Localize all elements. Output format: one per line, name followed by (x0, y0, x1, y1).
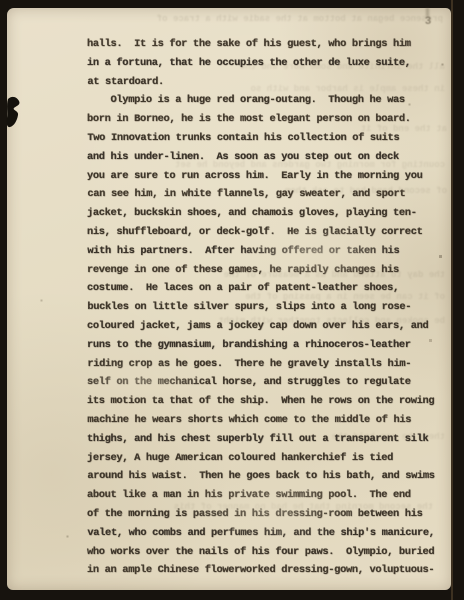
typed-line: in an ample Chinese flowerworked dressin… (87, 564, 447, 583)
typed-line: riding crop as he goes. There he gravely… (87, 358, 447, 377)
typed-line: about like a man in his private swimming… (87, 489, 447, 508)
typed-line: in a fortuna, that he occupies the other… (87, 57, 447, 76)
typed-line: runs to the gymnasium, brandishing a rhi… (87, 339, 447, 358)
typed-line: self on the mechanical horse, and strugg… (87, 376, 447, 395)
typed-line: who works over the nails of his four paw… (87, 546, 447, 565)
typed-line: coloured jacket, jams a jockey cap down … (87, 320, 447, 339)
page-number: 3 (419, 16, 437, 28)
typed-line: of the morning is passed in his dressing… (87, 508, 447, 527)
typed-line: costume. He laces on a pair of patent-le… (87, 282, 447, 301)
ink-blot (5, 95, 23, 133)
typed-page: presence began at bottom at the sadie wi… (7, 8, 451, 590)
typed-line: machine he wears shorts which come to th… (87, 414, 447, 433)
typed-line: thighs, and his chest superbly fill out … (87, 433, 447, 452)
typed-line: buckles on little silver spurs, slips in… (87, 301, 447, 320)
typed-line: halls. It is for the sake of his guest, … (87, 38, 447, 57)
typed-line: at stardoard. (87, 76, 447, 95)
page-stack-edge (451, 0, 453, 600)
photographed-typescript: presence began at bottom at the sadie wi… (0, 0, 464, 600)
ghost-text-line: presence began at bottom at the sadie wi… (93, 14, 443, 24)
typed-line: jacket, buckskin shoes, and chamois glov… (87, 207, 447, 226)
typed-line: Two Innovation trunks contain his collec… (87, 132, 447, 151)
typed-line: its motion ta that of the ship. When he … (87, 395, 447, 414)
typed-line: with his partners. After having offered … (87, 245, 447, 264)
paper-specks (7, 8, 8, 9)
typed-line: can see him, in white flannels, gay swea… (87, 188, 447, 207)
typed-line: nis, shuffleboard, or deck-golf. He is g… (87, 226, 447, 245)
typed-line: born in Borneo, he is the most elegant p… (87, 113, 447, 132)
typewritten-text-block: halls. It is for the sake of his guest, … (87, 38, 447, 583)
typed-line: Olympio is a huge red orang-outang. Thou… (87, 94, 447, 113)
typed-line: you are sure to run across him. Early in… (87, 170, 447, 189)
typed-line: jersey, A huge American coloured hankerc… (87, 452, 447, 471)
typed-line: valet, who combs and perfumes him, and t… (87, 527, 447, 546)
typed-line: around his waist. Then he goes back to h… (87, 470, 447, 489)
typed-line: revenge in one of these games, he rapidl… (87, 264, 447, 283)
typed-line: and his under-linen. As soon as you step… (87, 151, 447, 170)
